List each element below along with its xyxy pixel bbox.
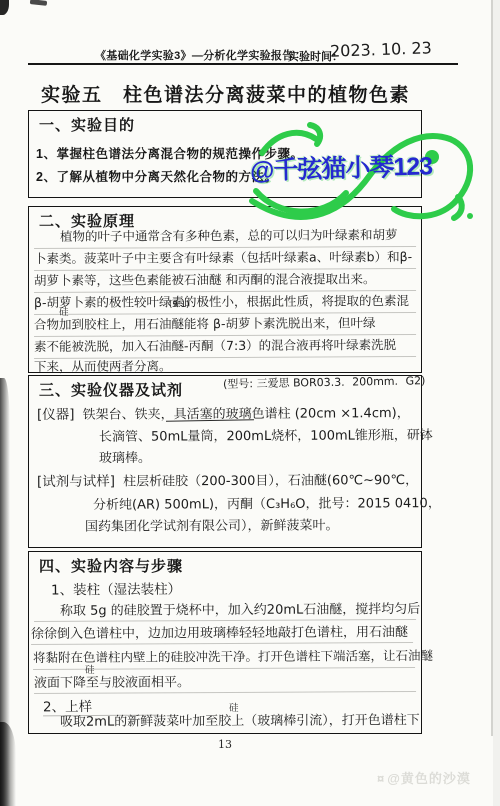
insertion-ratio-note: (9:1) xyxy=(169,300,189,310)
section-procedure-box: 四、实验内容与步骤 1、装柱（湿法装柱） 称取 5g 的硅胶置于烧杯中，加入约2… xyxy=(28,551,422,734)
step1-line-2: 徐徐倒入色谱柱中，边加边用玻璃棒轻轻地敲打色谱柱，用石油醚 xyxy=(31,621,413,645)
header-divider-line xyxy=(28,63,458,65)
scan-margin-right xyxy=(493,0,500,806)
section-procedure-heading: 四、实验内容与步骤 xyxy=(39,555,183,576)
section-purpose-heading: 一、实验目的 xyxy=(39,114,135,135)
experiment-title: 实验五 柱色谱法分离菠菜中的植物色素 xyxy=(28,80,423,107)
watermark-logo-icon: ¤ xyxy=(377,771,385,786)
principle-line-1: 植物的叶子中通常含有多种色素，总的可以归为叶绿素和胡萝 xyxy=(34,225,416,249)
scan-shadow-bottom-left xyxy=(0,722,16,806)
principle-line-2: 卜素类。菠菜叶子中主要含有叶绿素（包括叶绿素a、叶绿素b）和β- xyxy=(34,247,416,271)
insertion-silica-char: 硅 xyxy=(59,304,69,318)
instruments-label: [仪器] xyxy=(37,407,75,423)
page-number: 13 xyxy=(28,738,422,751)
principle-line-4: β-胡萝卜素的极性较叶绿素的极性小，根据此性质，将提取的色素混 xyxy=(34,291,416,315)
scan-smudge-top-left xyxy=(0,0,9,15)
center-watermark-text: @千弦猫小琴123 xyxy=(250,145,487,187)
principle-line-3: 胡萝卜素等，这些色素能被石油醚 和丙酮的混合液提取出来。 xyxy=(34,269,416,293)
reagents-line-3: 国药集团化学试剂有限公司），新鲜菠菜叶。 xyxy=(85,514,339,534)
scan-mark-top xyxy=(30,0,47,6)
reagents-label: [试剂与试样] xyxy=(37,474,115,490)
step1-line-1: 称取 5g 的硅胶置于烧杯中，加入约20mL石油醚，搅拌均匀后 xyxy=(34,598,416,622)
reagents-line-2: 分析纯(AR) 500mL)，丙酮（C₃H₆O，批号：2015 0410， xyxy=(93,492,441,513)
reagents-line-1: 柱层析硅胶（200-300目），石油醚(60℃~90℃， xyxy=(123,473,418,490)
insertion-silica-char-1: 硅 xyxy=(85,662,95,676)
purpose-item-2: 2、了解从植物中分离天然化合物的方法。 xyxy=(36,167,277,185)
principle-line-5: 合物加到胶柱上，用石油醚能将 β-胡萝卜素洗脱出来，但叶绿 xyxy=(34,313,416,337)
bottom-watermark: ¤@黄色的沙漠 xyxy=(377,768,471,787)
step2-line-1: 吸取2mL的新鲜菠菜叶加至胶上（玻璃棒引流），打开色谱柱下 xyxy=(34,709,416,732)
step1-heading: 1、装柱（湿法装柱） xyxy=(51,578,181,599)
instruments-line-3: 玻璃棒。 xyxy=(99,447,151,466)
bottom-watermark-text: @黄色的沙漠 xyxy=(387,771,471,786)
instruments-line-2: 长滴管、50mL量筒，200mL烧杯，100mL锥形瓶，研钵 xyxy=(99,424,433,445)
column-model-annotation: (型号: 三爱思 BOR03.3．200mm．G2) xyxy=(222,372,425,392)
experiment-date-handwritten: 2023. 10. 23 xyxy=(330,38,432,61)
insertion-silica-char-2: 硅 xyxy=(229,700,239,714)
section-apparatus-heading: 三、实验仪器及试剂 xyxy=(39,379,183,400)
section-principle-box: 二、实验原理 植物的叶子中通常含有多种色素，总的可以归为叶绿素和胡萝 卜素类。菠… xyxy=(28,206,422,373)
section-apparatus-box: 三、实验仪器及试剂 (型号: 三爱思 BOR03.3．200mm．G2) [仪器… xyxy=(28,375,422,548)
report-header-course: 《基础化学实验3》—分析化学实验报告 xyxy=(95,47,294,63)
